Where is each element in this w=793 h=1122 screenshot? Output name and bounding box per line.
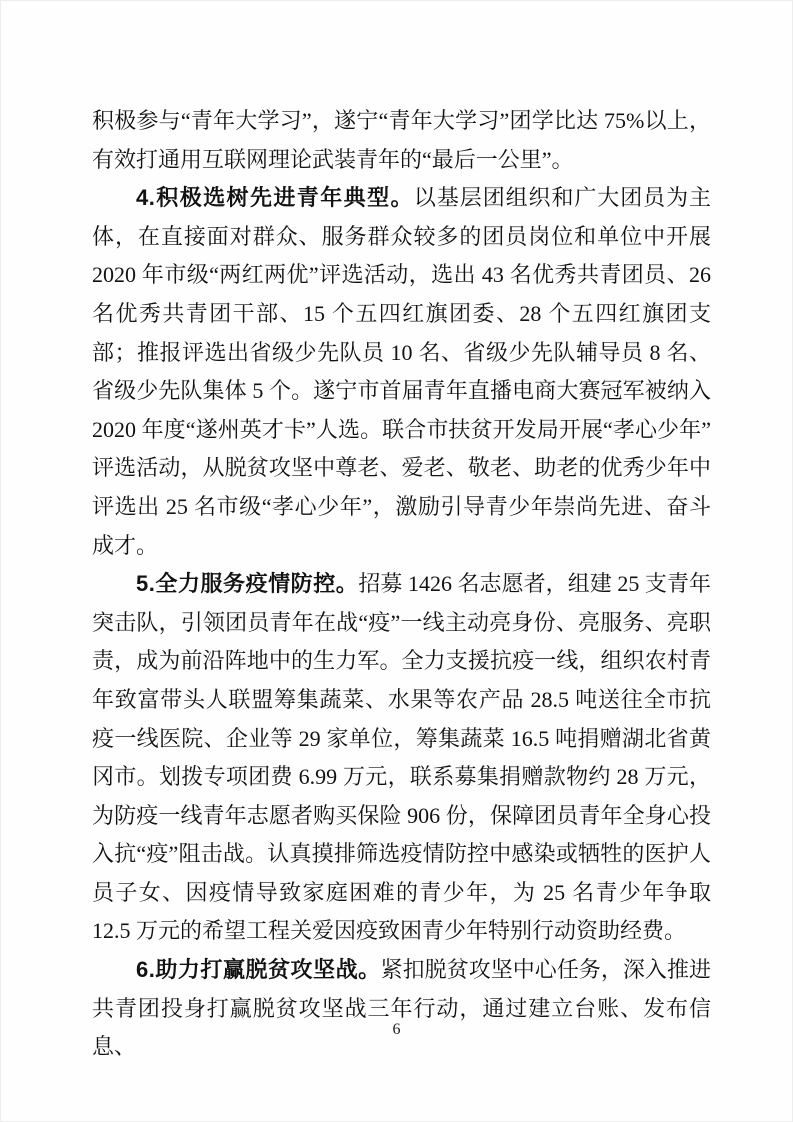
paragraph-heading: 5.全力服务疫情防控。 bbox=[136, 571, 358, 596]
paragraph-item-4: 4.积极选树先进青年典型。以基层团组织和广大团员为主体，在直接面对群众、服务群众… bbox=[92, 179, 711, 565]
paragraph-heading: 6.助力打赢脱贫攻坚战。 bbox=[136, 957, 381, 982]
paragraph-item-5: 5.全力服务疫情防控。招募 1426 名志愿者，组建 25 支青年突击队，引领团… bbox=[92, 565, 711, 951]
paragraph-heading: 4.积极选树先进青年典型。 bbox=[136, 185, 414, 210]
paragraph-text: 招募 1426 名志愿者，组建 25 支青年突击队，引领团员青年在战“疫”一线主… bbox=[92, 571, 711, 943]
document-page: 积极参与“青年大学习”，遂宁“青年大学习”团学比达 75%以上，有效打通用互联网… bbox=[0, 0, 793, 1122]
paragraph-continuation: 积极参与“青年大学习”，遂宁“青年大学习”团学比达 75%以上，有效打通用互联网… bbox=[92, 102, 711, 179]
paragraph-item-6: 6.助力打赢脱贫攻坚战。紧扣脱贫攻坚中心任务，深入推进共青团投身打赢脱贫攻坚战三… bbox=[92, 951, 711, 1067]
document-body: 积极参与“青年大学习”，遂宁“青年大学习”团学比达 75%以上，有效打通用互联网… bbox=[92, 102, 711, 1067]
paragraph-text: 积极参与“青年大学习”，遂宁“青年大学习”团学比达 75%以上，有效打通用互联网… bbox=[92, 108, 711, 172]
paragraph-text: 以基层团组织和广大团员为主体，在直接面对群众、服务群众较多的团员岗位和单位中开展… bbox=[92, 185, 711, 557]
page-number: 6 bbox=[0, 1018, 793, 1042]
